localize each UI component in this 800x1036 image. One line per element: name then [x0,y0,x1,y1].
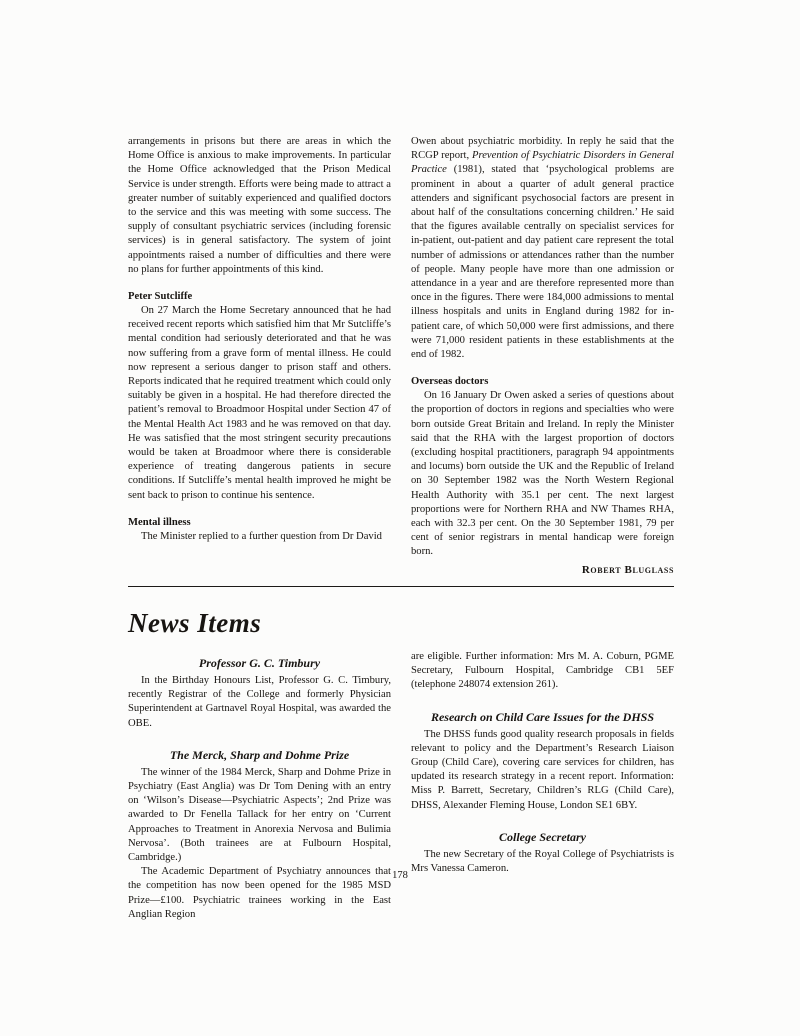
article-heading-college-secretary: College Secretary [411,830,674,844]
article-paragraph: The winner of the 1984 Merck, Sharp and … [128,766,391,865]
section-paragraph: On 16 January Dr Owen asked a series of … [411,389,674,559]
article-heading-msd-prize: The Merck, Sharp and Dohme Prize [128,748,391,762]
author-signature: Robert Bluglass [411,563,674,577]
section-paragraph: The Minister replied to a further questi… [128,530,391,544]
news-left-column: Professor G. C. Timbury In the Birthday … [128,650,391,922]
continuation-paragraph: are eligible. Further information: Mrs M… [411,650,674,693]
news-section: Professor G. C. Timbury In the Birthday … [128,650,674,922]
page-number: 178 [0,870,800,881]
news-items-title: News Items [128,608,674,638]
article-paragraph: The DHSS funds good quality research pro… [411,728,674,813]
article-heading-timbury: Professor G. C. Timbury [128,656,391,670]
article-paragraph: In the Birthday Honours List, Professor … [128,674,391,731]
section-paragraph: On 27 March the Home Secretary announced… [128,304,391,503]
article-heading-child-care: Research on Child Care Issues for the DH… [411,710,674,724]
section-heading-mental-illness: Mental illness [128,516,391,529]
continuation-paragraph: Owen about psychiatric morbidity. In rep… [411,135,674,362]
journal-page-text-block: arrangements in prisons but there are ar… [128,135,674,922]
parliament-left-column: arrangements in prisons but there are ar… [128,135,391,577]
section-heading-peter-sutcliffe: Peter Sutcliffe [128,290,391,303]
parliament-section: arrangements in prisons but there are ar… [128,135,674,577]
section-heading-overseas-doctors: Overseas doctors [411,375,674,388]
paragraph-text: (1981), stated that ‘psychological probl… [411,164,674,360]
continuation-paragraph: arrangements in prisons but there are ar… [128,135,391,277]
news-right-column: are eligible. Further information: Mrs M… [411,650,674,922]
parliament-right-column: Owen about psychiatric morbidity. In rep… [411,135,674,577]
section-divider-rule [128,586,674,587]
